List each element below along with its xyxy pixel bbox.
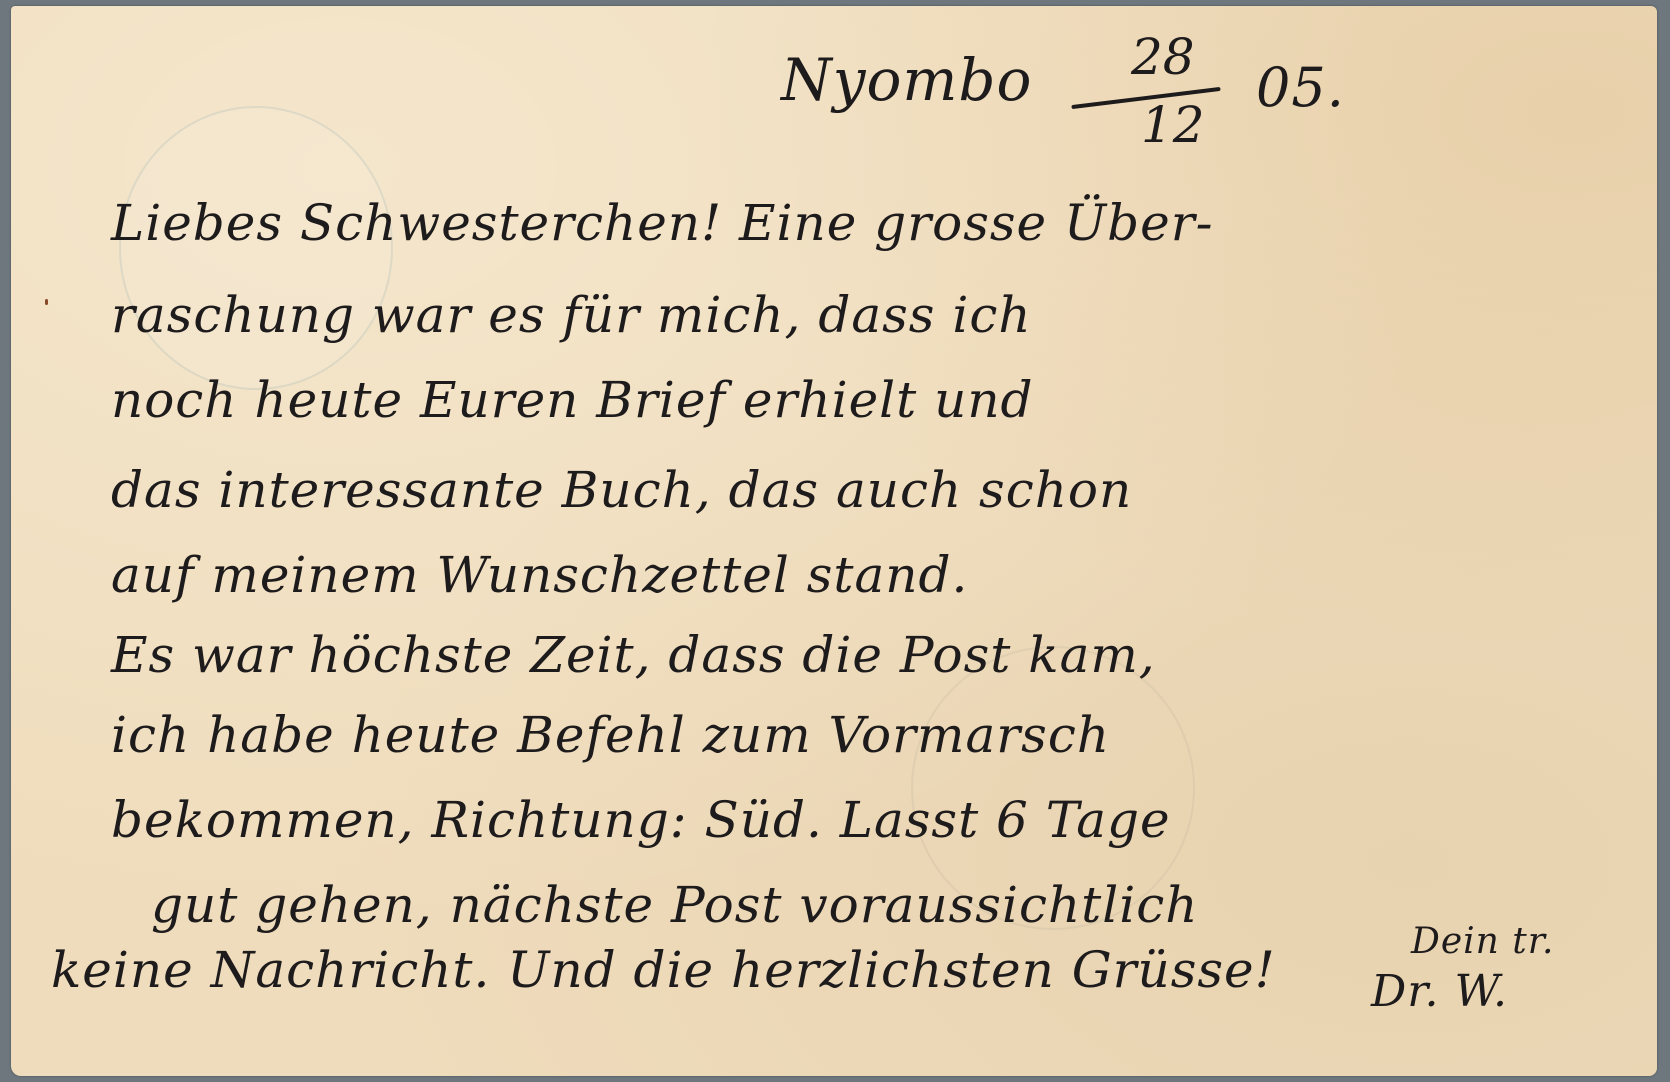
letter-line: noch heute Euren Brief erhielt und <box>111 371 1034 429</box>
signoff-closing: Dein tr. <box>1411 921 1554 962</box>
date-fraction: 28 12 <box>1071 28 1231 148</box>
letter-line: bekommen, Richtung: Süd. Lasst 6 Tage <box>111 791 1171 849</box>
place-name: Nyombo <box>781 46 1032 114</box>
letter-line: ich habe heute Befehl zum Vormarsch <box>111 706 1110 764</box>
date-month: 12 <box>1141 96 1205 154</box>
date-year: 05. <box>1256 56 1345 119</box>
letter-line: das interessante Buch, das auch schon <box>111 461 1132 519</box>
signoff-signature: Dr. W. <box>1371 966 1508 1017</box>
letter-line: raschung war es für mich, dass ich <box>111 286 1032 344</box>
postcard: Nyombo 28 12 05. Liebes Schwesterchen! E… <box>11 6 1657 1076</box>
letter-line: auf meinem Wunschzettel stand. <box>111 546 968 604</box>
letter-line: Liebes Schwesterchen! Eine grosse Über- <box>111 194 1214 252</box>
letter-line: Es war höchste Zeit, dass die Post kam, <box>111 626 1156 684</box>
letter-line: gut gehen, nächste Post voraussichtlich <box>151 876 1198 934</box>
paper-speck <box>45 299 48 305</box>
date-day: 28 <box>1131 28 1195 86</box>
letter-line: keine Nachricht. Und die herzlichsten Gr… <box>51 941 1276 999</box>
